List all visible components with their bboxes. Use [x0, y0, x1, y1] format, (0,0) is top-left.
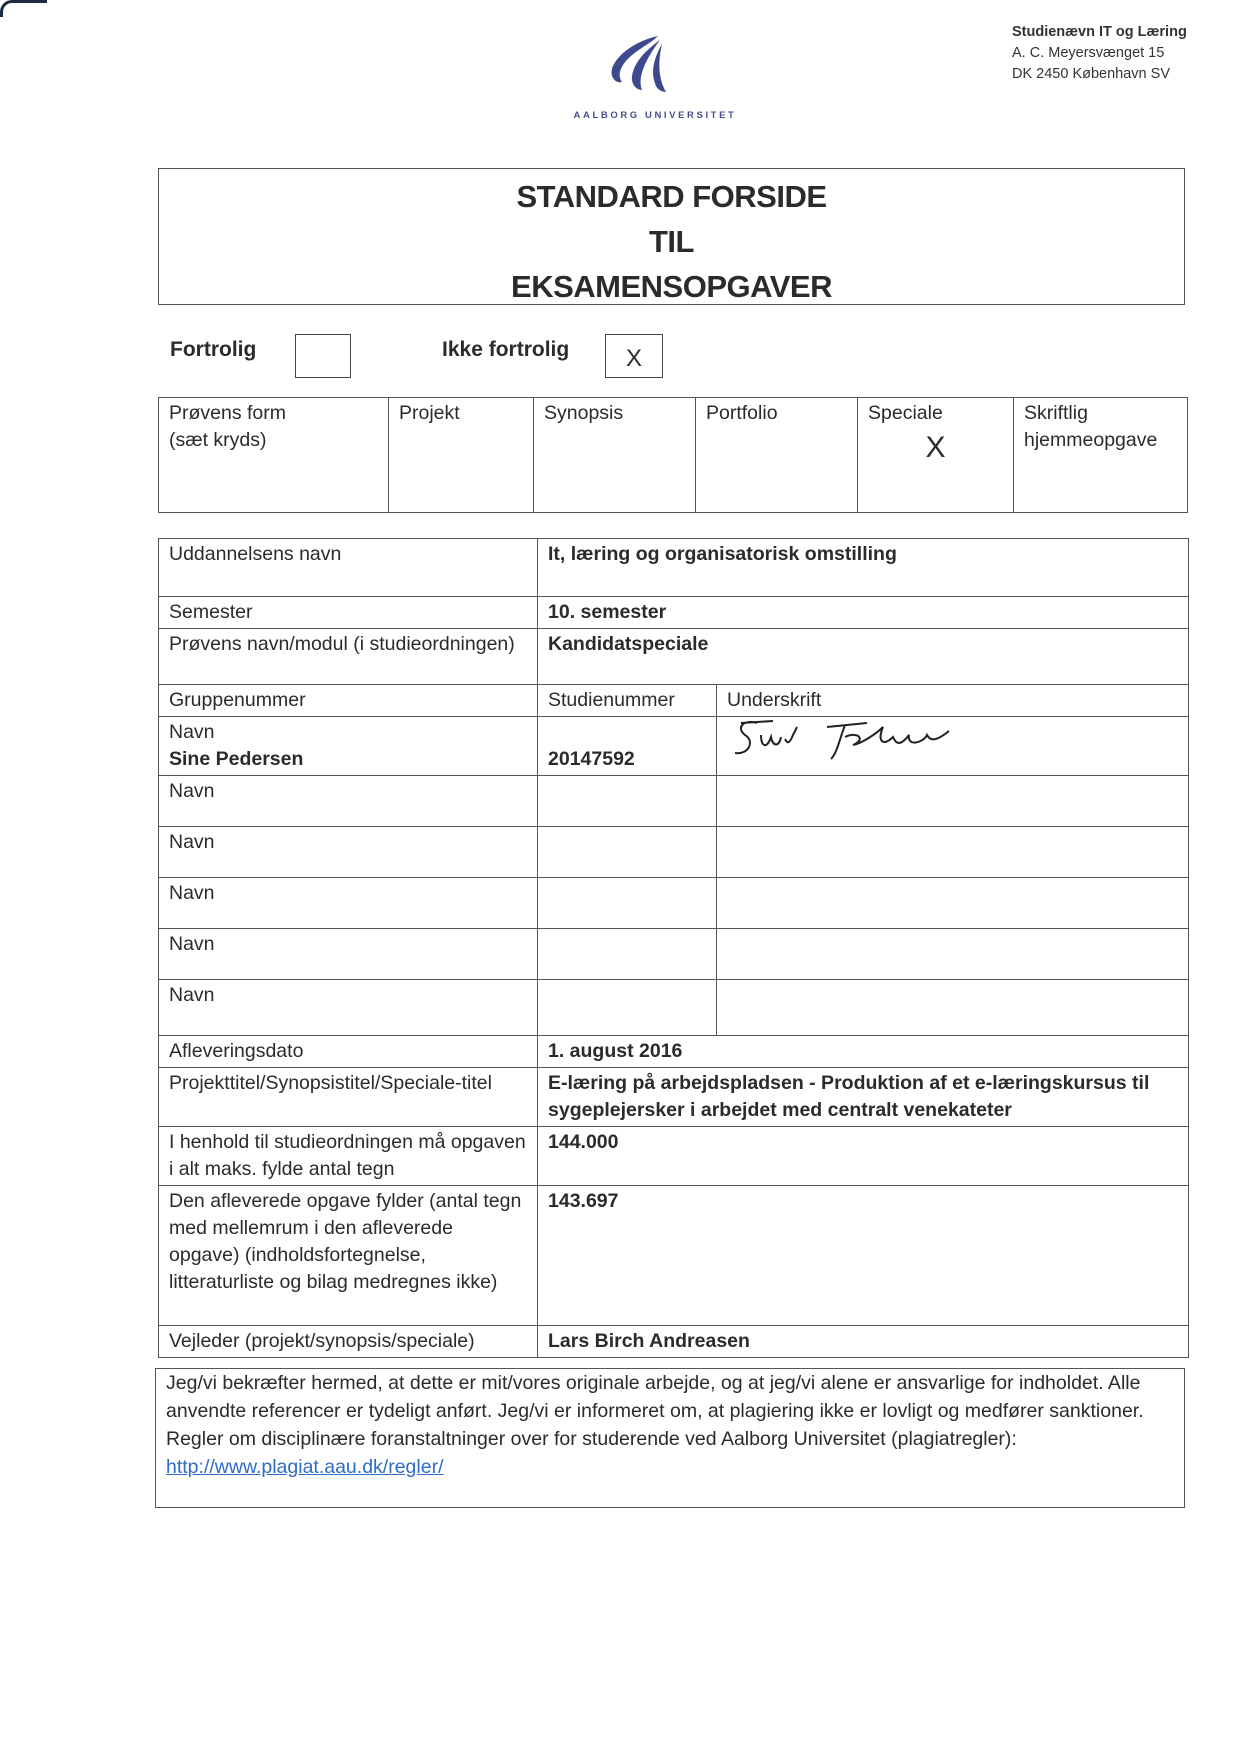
member-student-number[interactable]: [538, 827, 717, 878]
education-label: Uddannelsens navn: [159, 539, 538, 597]
actual-chars-value[interactable]: 143.697: [538, 1186, 1189, 1326]
handwritten-signature-icon: [727, 713, 987, 763]
exam-form-header-line-2: (sæt kryds): [169, 429, 267, 451]
member-name-label: Navn: [169, 721, 215, 743]
option-label: Projekt: [399, 402, 460, 424]
member-student-number[interactable]: [538, 980, 717, 1036]
exam-name-value[interactable]: Kandidatspeciale: [538, 629, 1189, 685]
member-row: Navn: [159, 980, 1189, 1036]
member-signature[interactable]: [717, 776, 1189, 827]
exam-form-header-line-1: Prøvens form: [169, 402, 286, 424]
member-name-label: Navn: [159, 827, 538, 878]
member-name-label: Navn: [159, 878, 538, 929]
member-row: Navn Sine Pedersen 20147592: [159, 717, 1189, 776]
declaration-box: Jeg/vi bekræfter hermed, at dette er mit…: [155, 1368, 1185, 1508]
table-row: Uddannelsens navn It, læring og organisa…: [159, 539, 1189, 597]
plagiarism-rules-link[interactable]: http://www.plagiat.aau.dk/regler/: [166, 1456, 444, 1478]
exam-form-header: Prøvens form (sæt kryds): [159, 398, 389, 513]
semester-label: Semester: [159, 597, 538, 629]
exam-form-option-projekt[interactable]: Projekt: [389, 398, 534, 513]
option-label: Speciale: [868, 402, 943, 424]
member-signature[interactable]: [717, 929, 1189, 980]
max-chars-value[interactable]: 144.000: [538, 1127, 1189, 1186]
exam-form-option-speciale[interactable]: Speciale X: [858, 398, 1014, 513]
member-signature[interactable]: [717, 980, 1189, 1036]
address-block: Studienævn IT og Læring A. C. Meyersvæng…: [1012, 22, 1187, 85]
address-line-2: DK 2450 København SV: [1012, 64, 1187, 85]
title-line-1: STANDARD FORSIDE: [159, 174, 1184, 219]
details-table: Uddannelsens navn It, læring og organisa…: [158, 538, 1189, 1358]
address-line-1: A. C. Meyersvænget 15: [1012, 43, 1187, 64]
exam-form-option-portfolio[interactable]: Portfolio: [696, 398, 858, 513]
exam-form-table: Prøvens form (sæt kryds) Projekt Synopsi…: [158, 397, 1188, 513]
confidential-checkbox[interactable]: [295, 334, 351, 378]
member-student-number[interactable]: [538, 878, 717, 929]
logo-text: AALBORG UNIVERSITET: [570, 110, 740, 121]
member-signature[interactable]: [717, 827, 1189, 878]
title-line-3: EKSAMENSOPGAVER: [159, 264, 1184, 309]
exam-form-option-synopsis[interactable]: Synopsis: [534, 398, 696, 513]
education-value[interactable]: It, læring og organisatorisk omstilling: [538, 539, 1189, 597]
thesis-title-label: Projekttitel/Synopsistitel/Speciale-tite…: [159, 1068, 538, 1127]
group-number-label: Gruppenummer: [159, 685, 538, 717]
student-number-header: Studienummer: [538, 685, 717, 717]
member-name[interactable]: Sine Pedersen: [169, 748, 303, 770]
confidential-label: Fortrolig: [170, 338, 256, 362]
member-row: Navn: [159, 776, 1189, 827]
table-row: Prøvens navn/modul (i studieordningen) K…: [159, 629, 1189, 685]
supervisor-value[interactable]: Lars Birch Andreasen: [538, 1326, 1189, 1358]
member-row: Navn: [159, 929, 1189, 980]
signature-header: Underskrift: [717, 685, 1189, 717]
exam-name-label: Prøvens navn/modul (i studieordningen): [159, 629, 538, 685]
member-row: Navn: [159, 827, 1189, 878]
declaration-text: Jeg/vi bekræfter hermed, at dette er mit…: [166, 1372, 1144, 1450]
title-line-2: TIL: [159, 219, 1184, 264]
member-student-number[interactable]: 20147592: [548, 748, 635, 770]
member-signature[interactable]: [717, 878, 1189, 929]
not-confidential-checkbox[interactable]: X: [605, 334, 663, 378]
option-label: Skriftlig hjemmeopgave: [1024, 402, 1157, 451]
option-mark: X: [868, 431, 1003, 465]
max-chars-label: I henhold til studieordningen må opgaven…: [159, 1127, 538, 1186]
supervisor-label: Vejleder (projekt/synopsis/speciale): [159, 1326, 538, 1358]
not-confidential-label: Ikke fortrolig: [442, 338, 569, 362]
actual-chars-label: Den afleverede opgave fylder (antal tegn…: [159, 1186, 538, 1326]
table-row: Den afleverede opgave fylder (antal tegn…: [159, 1186, 1189, 1326]
member-name-label: Navn: [159, 776, 538, 827]
delivery-date-label: Afleveringsdato: [159, 1036, 538, 1068]
delivery-date-value[interactable]: 1. august 2016: [538, 1036, 1189, 1068]
member-row: Navn: [159, 878, 1189, 929]
scan-edge: [0, 0, 47, 17]
exam-form-option-skriftlig-hjemmeopgave[interactable]: Skriftlig hjemmeopgave: [1014, 398, 1188, 513]
aalborg-university-logo-icon: [600, 34, 680, 98]
member-signature[interactable]: [717, 717, 1189, 776]
option-label: Portfolio: [706, 402, 778, 424]
member-student-number[interactable]: [538, 929, 717, 980]
member-name-label: Navn: [159, 929, 538, 980]
institution-unit: Studienævn IT og Læring: [1012, 22, 1187, 43]
member-student-number[interactable]: [538, 776, 717, 827]
semester-value[interactable]: 10. semester: [538, 597, 1189, 629]
member-name-label: Navn: [159, 980, 538, 1036]
option-label: Synopsis: [544, 402, 623, 424]
table-row: Gruppenummer Studienummer Underskrift: [159, 685, 1189, 717]
thesis-title-value[interactable]: E-læring på arbejdspladsen - Produktion …: [538, 1068, 1189, 1127]
table-row: Semester 10. semester: [159, 597, 1189, 629]
table-row: Afleveringsdato 1. august 2016: [159, 1036, 1189, 1068]
title-box: STANDARD FORSIDE TIL EKSAMENSOPGAVER: [158, 168, 1185, 305]
table-row: I henhold til studieordningen må opgaven…: [159, 1127, 1189, 1186]
table-row: Projekttitel/Synopsistitel/Speciale-tite…: [159, 1068, 1189, 1127]
table-row: Vejleder (projekt/synopsis/speciale) Lar…: [159, 1326, 1189, 1358]
